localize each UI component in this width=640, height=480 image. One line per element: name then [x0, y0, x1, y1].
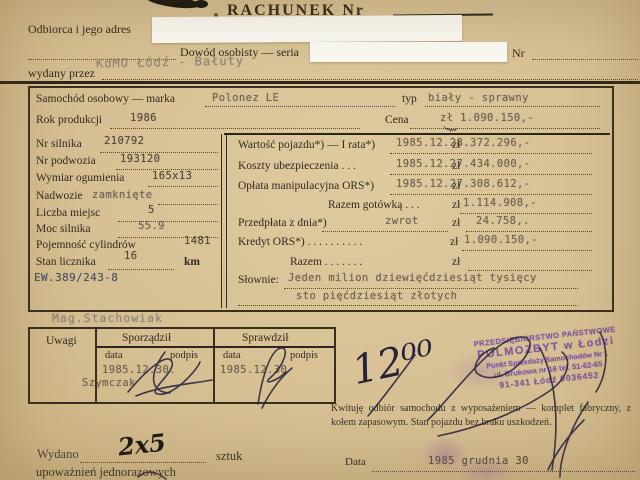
- currency-label: zł: [452, 139, 460, 151]
- ruled-line: [468, 269, 592, 271]
- spec-label: Pojemność cylindrów: [36, 239, 136, 251]
- ruled-line: [118, 220, 218, 222]
- ink-smudge: [145, 0, 200, 11]
- specs-divider: [221, 134, 227, 308]
- ruled-line: [158, 203, 218, 205]
- table-divider: [97, 346, 334, 348]
- ruled-line: [108, 268, 174, 270]
- ruled-line: [462, 249, 592, 251]
- table-divider: [95, 329, 97, 402]
- payment-label: Kredyt ORS*) . . . . . . . . . .: [238, 236, 362, 248]
- ruled-line: [372, 470, 635, 472]
- ruled-line: [238, 304, 578, 306]
- amount-words-line2: sto pięćdziesiąt złotych: [296, 290, 457, 302]
- date-label: Data: [345, 456, 366, 468]
- ink-smudge: [194, 0, 208, 8]
- price-value: zł 1.090.150,-: [440, 112, 534, 124]
- ruled-line: [322, 230, 448, 232]
- price-label: Cena: [385, 114, 409, 126]
- spec-value: 5: [148, 204, 155, 216]
- spec-label: Liczba miejsc: [36, 207, 100, 219]
- ruled-line: [532, 58, 638, 60]
- currency-label: zł: [450, 236, 458, 248]
- date-subheader: data: [223, 350, 241, 361]
- payment-value: 1.090.150,-: [464, 234, 538, 246]
- issued-by-label: wydany przez: [28, 66, 95, 81]
- currency-label: zł: [452, 217, 460, 229]
- make-value: Polonez LE: [212, 92, 279, 104]
- payment-label: Koszty ubezpieczenia . . .: [238, 160, 356, 172]
- checked-date: 1985.12.30: [220, 364, 287, 376]
- issued-by-stamp: KdMO Łódź - Bałuty: [96, 53, 244, 70]
- handwritten-time: 12⁰⁰: [348, 332, 439, 394]
- signature-subheader: podpis: [290, 350, 318, 361]
- currency-label: zł: [452, 160, 460, 172]
- payment-value: 372.296,-: [470, 137, 531, 149]
- ruled-line: [110, 127, 360, 129]
- date-value: 1985 grudnia 30: [428, 455, 529, 467]
- nr-label: Nr: [512, 46, 525, 61]
- spec-label: Moc silnika: [36, 223, 91, 235]
- amount-words-line1: Jeden milion dziewięćdziesiąt tysięcy: [288, 272, 537, 284]
- remarks-header: Uwagi: [46, 335, 77, 347]
- spec-unit: km: [184, 256, 200, 268]
- ruled-line: [102, 78, 638, 80]
- amount-words-label: Słownie:: [238, 274, 279, 286]
- checked-by-header: Sprawdził: [242, 332, 289, 344]
- spec-value: 165x13: [152, 170, 192, 182]
- payment-note: zwrot: [385, 215, 419, 227]
- redaction-address: [152, 15, 462, 43]
- ruled-line: [224, 133, 610, 135]
- spec-value: 55.9: [138, 220, 165, 232]
- payment-label: Razem gotówką . . .: [328, 199, 420, 211]
- date-subheader: data: [105, 350, 123, 361]
- ruled-line: [390, 152, 592, 154]
- warehouse-stamp: Mag.Stachowiak: [52, 311, 163, 325]
- ruled-line: [148, 185, 218, 187]
- table-divider: [213, 329, 215, 402]
- payment-label: Wartość pojazdu*) — I rata*): [238, 139, 375, 151]
- spec-value: 193120: [120, 153, 160, 165]
- ruled-line: [460, 212, 592, 214]
- spec-value: 16: [124, 250, 137, 262]
- ruled-line: [410, 127, 600, 129]
- verification-table: Uwagi Sporządził Sprawdził data podpis d…: [28, 327, 336, 404]
- ruled-line: [425, 105, 600, 107]
- section-rule: [0, 81, 640, 84]
- currency-label: zł: [452, 180, 460, 192]
- payment-value: 1.114.908,-: [463, 197, 537, 209]
- issued-count-value: 2x5: [117, 428, 167, 462]
- currency-label: zł: [452, 256, 460, 268]
- make-label: Samochód osobowy — marka: [36, 93, 175, 105]
- polmozbyt-stamp: PRZEDSIĘBIORSTWO PAŃSTWOWE POLMOZBYT w Ł…: [448, 322, 640, 395]
- pieces-label: sztuk: [216, 449, 242, 464]
- ruled-line: [466, 230, 592, 232]
- prepared-by-header: Sporządził: [122, 332, 171, 344]
- spec-label: Nr podwozia: [36, 155, 96, 167]
- type-label: typ: [402, 93, 417, 105]
- reference-code: EW.389/243-8: [34, 271, 118, 284]
- spec-label: Wymiar ogumienia: [36, 172, 124, 184]
- payment-value: 24.758,.: [476, 215, 530, 227]
- payment-label: Opłata manipulacyjna ORS*): [238, 180, 374, 192]
- ruled-line: [205, 105, 395, 107]
- payment-value: 308.612,-: [470, 178, 531, 190]
- year-label: Rok produkcji: [36, 114, 102, 126]
- payment-label: Przedpłata z dnia*): [238, 217, 327, 229]
- payment-label: Razem . . . . . . .: [290, 256, 362, 268]
- year-value: 1986: [130, 112, 157, 124]
- prepared-name: Szymczak: [82, 377, 136, 389]
- prepared-date: 1985.12.30.: [102, 364, 176, 376]
- type-value: biały - sprawny: [428, 92, 529, 104]
- issued-count-label: Wydano: [37, 447, 79, 462]
- ruled-line: [390, 193, 592, 195]
- ruled-line: [284, 287, 578, 289]
- payment-value: 434.000,-: [470, 158, 531, 170]
- signature-subheader: podpis: [170, 350, 198, 361]
- issued-count-line2: upoważnień jednorazowych: [36, 465, 176, 480]
- spec-value: 1481: [184, 235, 211, 247]
- spec-value: zamknięte: [92, 189, 153, 201]
- spec-label: Nadwozie: [36, 190, 83, 202]
- ruled-line: [390, 173, 592, 175]
- spec-label: Stan licznika: [36, 256, 96, 268]
- redaction-serial: [310, 42, 507, 62]
- scanned-invoice-page: RACHUNEK Nr Odbiorca i jego adres Dowód …: [0, 0, 640, 480]
- ruled-line: [80, 461, 206, 463]
- spec-value: 210792: [104, 135, 144, 147]
- recipient-label: Odbiorca i jego adres: [28, 22, 131, 37]
- currency-label: zł: [452, 199, 460, 211]
- spec-label: Nr silnika: [36, 138, 82, 150]
- receipt-confirmation-text: Kwituję odbiór samochodu z wyposażeniem …: [331, 402, 631, 429]
